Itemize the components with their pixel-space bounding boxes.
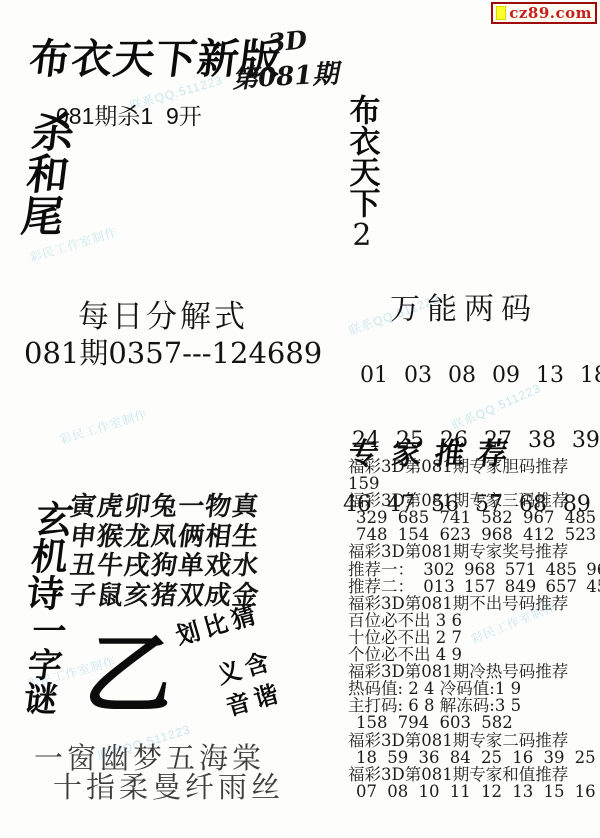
expert-line: 329 685 741 582 967 485 420 — [348, 509, 576, 526]
tip-sheet-page: 联系QQ.511223 彩民工作室制作 联系QQ.511223 彩民工作室制作 … — [0, 0, 600, 838]
bottom-poem-line: 一窗幽梦五海棠 — [34, 744, 284, 773]
mystery-poem-label: 玄机诗 — [21, 500, 72, 611]
expert-recommendation-list: 福彩3D第081期专家胆码推荐 159 福彩3D第081期专家三码推荐 329 … — [348, 458, 576, 800]
mystery-poem-line: 寅虎卯兔一物真 — [68, 493, 261, 523]
left-vertical-label: 杀和尾 — [14, 110, 77, 236]
expert-line: 福彩3D第081期冷热号码推荐 — [348, 663, 576, 680]
bottom-poem: 一窗幽梦五海棠 十指柔曼纤雨丝 — [34, 744, 284, 802]
expert-line: 福彩3D第081期不出号码推荐 — [348, 595, 576, 612]
daily-decomposition-formula: 081期0357---124689 — [24, 331, 322, 372]
riddle-label: 一字谜 — [18, 613, 65, 715]
expert-line: 159 — [348, 475, 576, 492]
expert-line: 福彩3D第081期专家和值推荐 — [348, 766, 576, 783]
issue-label: 第081期 — [231, 53, 339, 96]
site-badge-label: cz89.com — [509, 4, 592, 22]
right-vertical-text: 布衣天下 — [343, 94, 379, 218]
kill-number-line: 081期杀1 9开 — [56, 98, 202, 131]
game-label: 3D — [267, 25, 309, 58]
expert-line: 福彩3D第081期专家二码推荐 — [348, 732, 576, 749]
right-vertical-label: 布衣天下2 — [344, 94, 377, 253]
expert-line: 个位必不出 4 9 — [348, 646, 576, 663]
expert-line: 推荐一： 302 968 571 485 968 — [348, 561, 576, 578]
badge-square-icon — [496, 6, 506, 20]
right-vertical-number: 2 — [344, 218, 379, 253]
riddle-character: 乙 — [81, 630, 180, 718]
mystery-poem-line: 申猴龙凤俩相生 — [68, 523, 261, 553]
expert-line: 748 154 623 968 412 523 387 — [348, 526, 576, 543]
expert-line: 百位必不出 3 6 — [348, 612, 576, 629]
expert-line: 主打码: 6 8 解冻码:3 5 — [348, 697, 576, 714]
two-codes-row: 01 03 08 09 13 18 19? — [343, 365, 583, 387]
expert-line: 十位必不出 2 7 — [348, 629, 576, 646]
mystery-poem-line: 丑牛戌狗单戏水 — [68, 552, 261, 582]
watermark: 彩民工作室制作 — [58, 405, 150, 448]
bottom-poem-line: 十指柔曼纤雨丝 — [34, 773, 284, 802]
expert-line: 158 794 603 582 — [348, 714, 576, 731]
expert-line: 18 59 36 84 25 16 39 25 87 — [348, 749, 576, 766]
expert-line: 福彩3D第081期专家胆码推荐 — [348, 458, 576, 475]
mystery-poem: 寅虎卯兔一物真 申猴龙凤俩相生 丑牛戌狗单戏水 子鼠亥猪双成金 — [70, 493, 259, 611]
daily-decomposition-title: 每日分解式 — [78, 291, 248, 336]
expert-line: 推荐二： 013 157 849 657 451 — [348, 578, 576, 595]
expert-line: 07 08 10 11 12 13 15 16 20 — [348, 783, 576, 800]
site-badge[interactable]: cz89.com — [491, 2, 597, 24]
expert-line: 福彩3D第081期专家奖号推荐 — [348, 543, 576, 560]
riddle-hints: 猜比划 含义 谐音 — [166, 602, 281, 734]
expert-line: 热码值: 2 4 冷码值:1 9 — [348, 680, 576, 697]
expert-line: 福彩3D第081期专家三码推荐 — [348, 492, 576, 509]
